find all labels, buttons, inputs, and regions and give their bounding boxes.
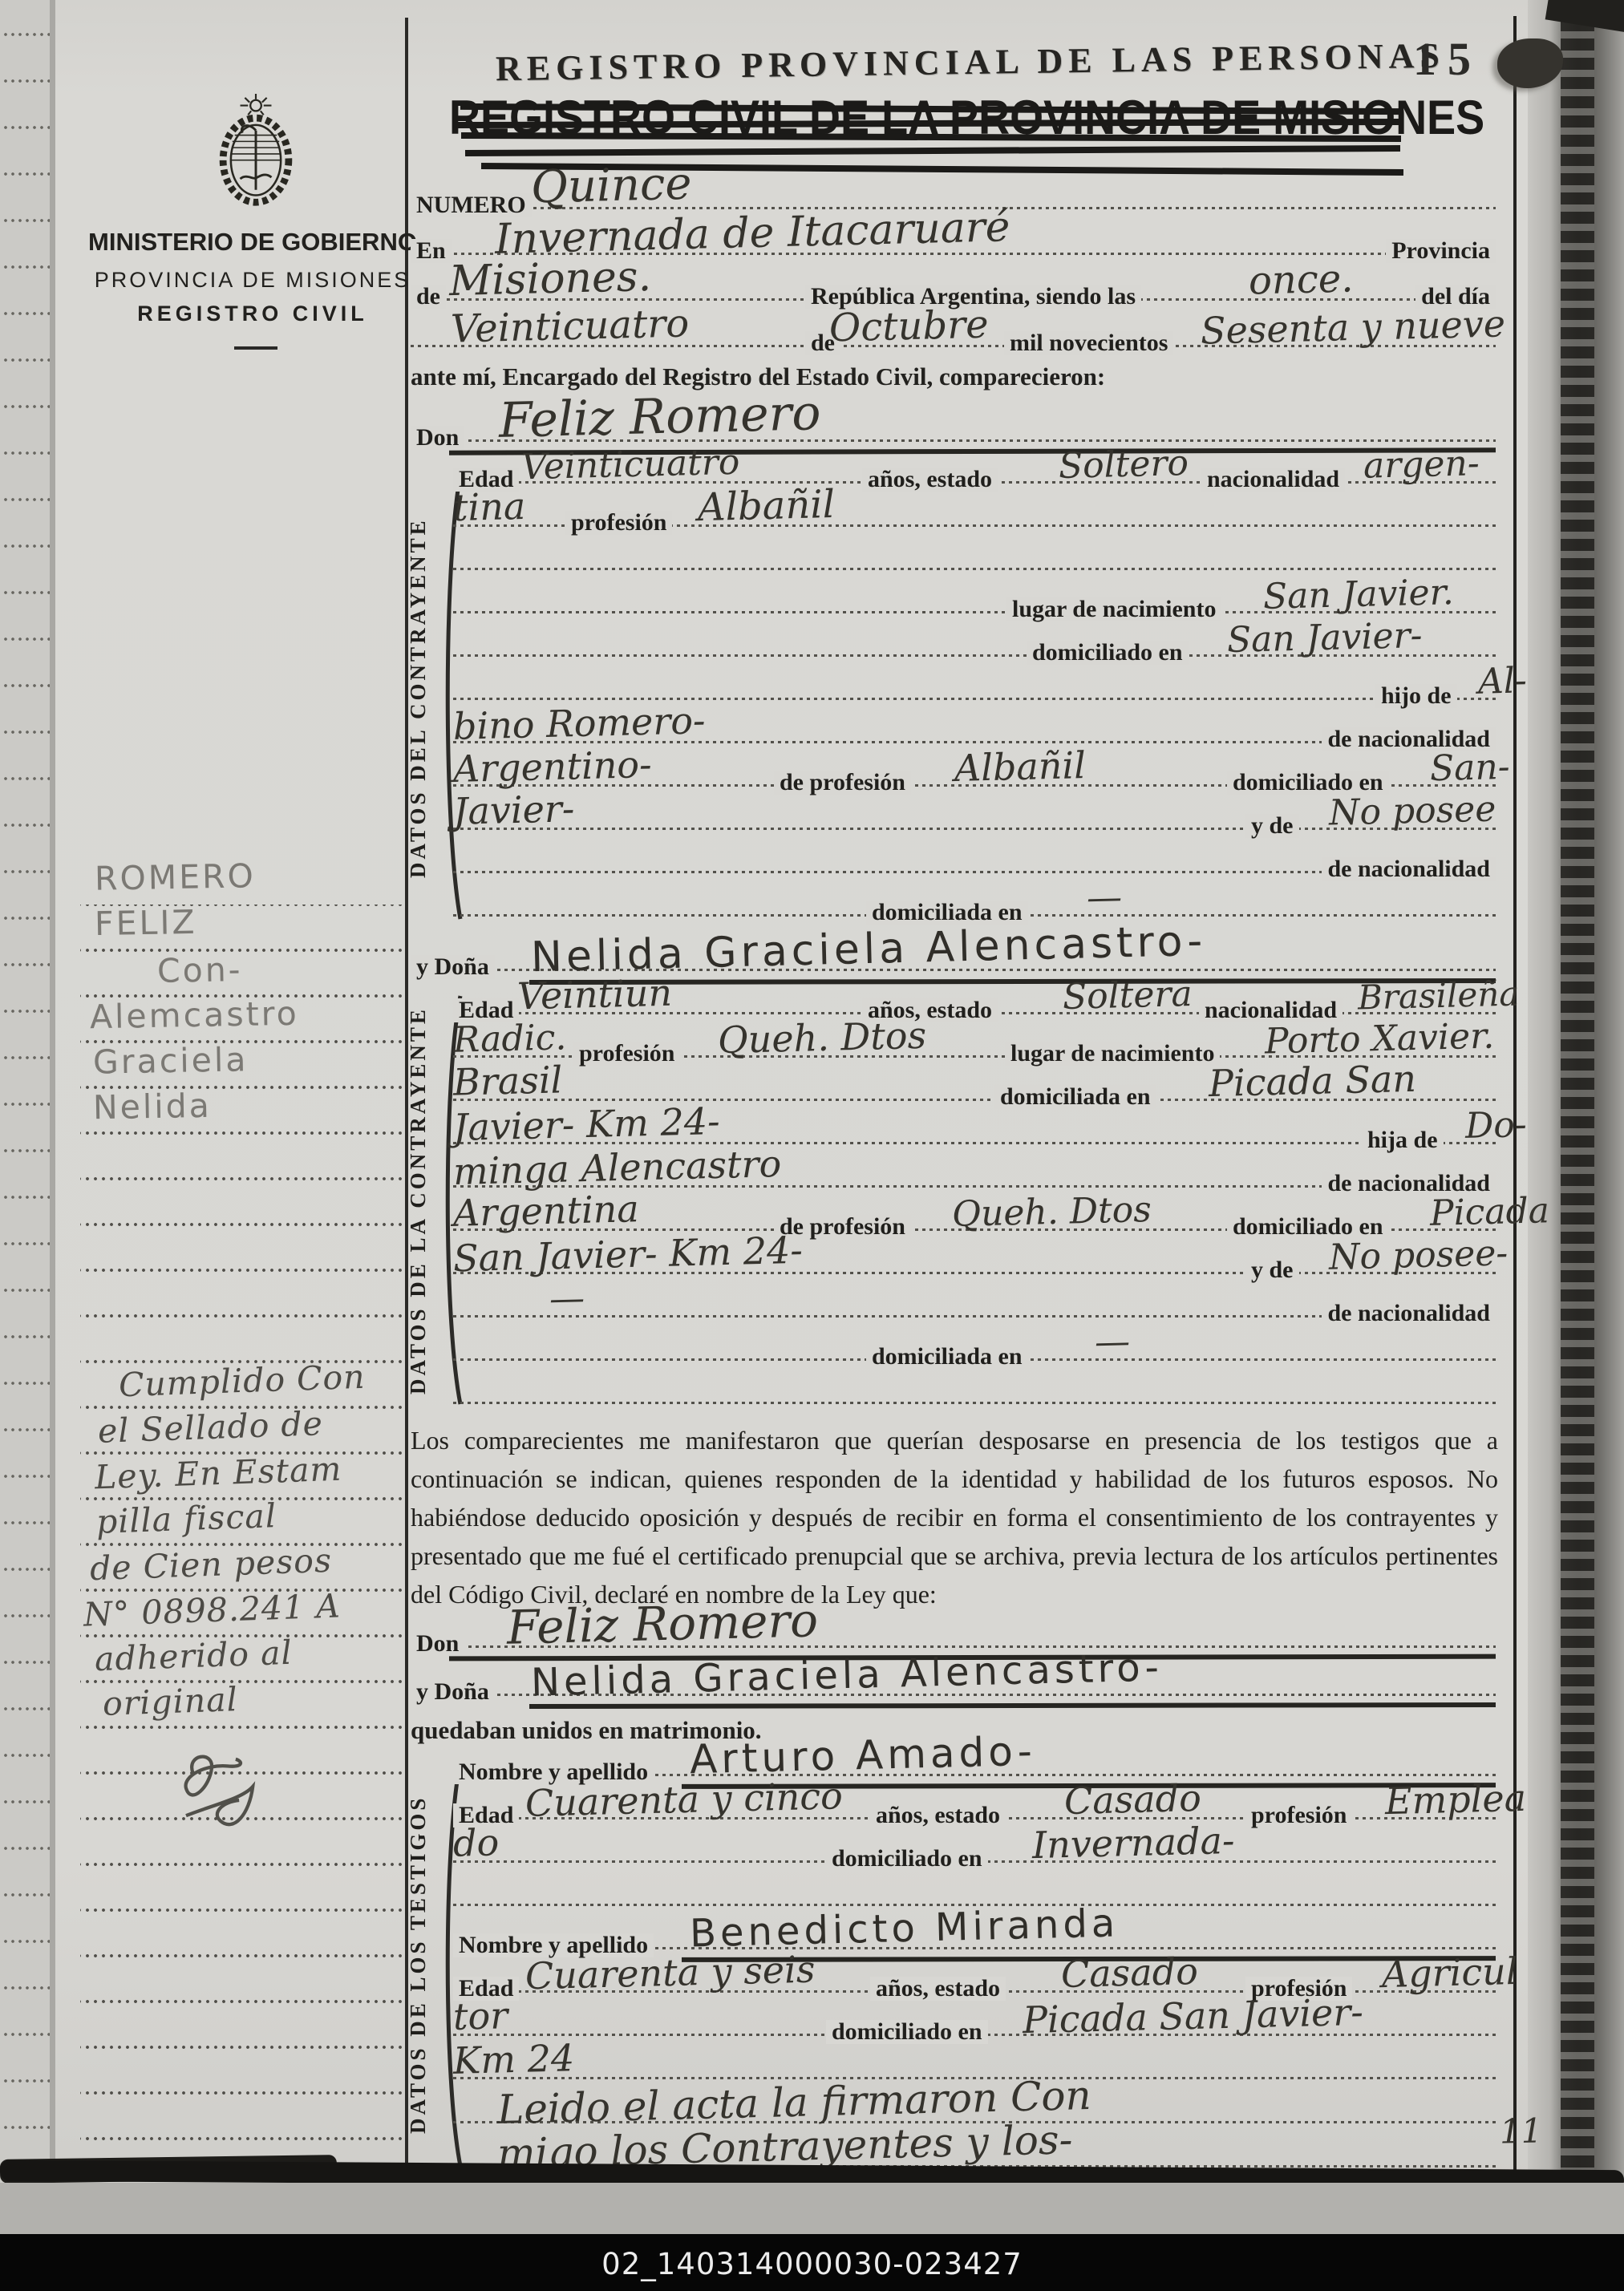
nacionalidad-label: nacionalidad — [1199, 998, 1343, 1022]
section-label-la-contrayente: DATOS DE LA CONTRAYENTE — [406, 994, 439, 1407]
hijo-de-label: hijo de — [1375, 684, 1457, 708]
scanned-civil-registry-page: MINISTERIO DE GOBIERNO PROVINCIA DE MISI… — [0, 0, 1624, 2291]
groom-nacionalidad-value: argen- — [1363, 448, 1480, 481]
row-fecha: Veinticuatro de Octubre mil novecientos … — [411, 345, 1496, 347]
margin-stamp-note-line7: adherido al — [94, 1637, 293, 1677]
bride-madre-nac: Argentina — [453, 1193, 640, 1229]
witness1-estado-value: Casado — [1064, 1783, 1202, 1817]
de-label: de — [411, 285, 446, 309]
margin-stamp-note-line5: de Cien pesos — [89, 1544, 332, 1586]
margin-index-surname: ROMERO — [95, 860, 256, 895]
anos-estado-label: años, estado — [862, 468, 998, 492]
groom-row-madre: Javier- y de No posee — [453, 828, 1496, 830]
margin-index-con: Con- — [157, 953, 243, 988]
margin-stamp-note-line3: Ley. En Estam — [94, 1453, 342, 1495]
page-number-stamp: 15 — [1413, 32, 1482, 86]
acta-month-value: Octubre — [829, 309, 989, 346]
lugar-nacimiento-label: lugar de nacimiento — [1005, 1042, 1220, 1066]
bride-madre-dom-cont: San Javier- Km 24- — [453, 1235, 804, 1275]
bride-name-value: Nelida Graciela Alencastro- — [531, 924, 1207, 976]
acta-place-value: Invernada de Itacaruaré — [495, 209, 1010, 257]
row-don-groom: Don Feliz Romero — [411, 439, 1496, 442]
margin-index-bride-middle: Graciela — [93, 1043, 249, 1079]
witness2-profesion-value: Agricul — [1382, 1956, 1518, 1990]
de-nacionalidad-label: de nacionalidad — [1322, 1301, 1496, 1326]
witness1-edad-value: Cuarenta y cinco — [525, 1780, 844, 1819]
acta-day-value: Veinticuatro — [451, 308, 690, 346]
nacionalidad-label: nacionalidad — [1201, 468, 1345, 492]
margin-index-givenname: FELIZ — [95, 906, 197, 941]
groom-row-edad: Edad Veinticuatro años, estado Soltero n… — [453, 481, 1496, 484]
bride-madre-prof: Queh. Dtos — [952, 1195, 1152, 1229]
groom-profesion-value: Albañil — [698, 488, 836, 524]
groom-padre-dom-cont: Javier- — [453, 793, 575, 828]
groom-madre-value: No posee — [1329, 794, 1496, 828]
groom-padre-value: Al- — [1478, 666, 1528, 697]
bride-domicilio-cont: Javier- Km 24- — [453, 1106, 720, 1143]
sidebar-ministry-title: MINISTERIO DE GOBIERNO — [64, 228, 441, 257]
bride-estado-value: Soltera — [1063, 979, 1193, 1012]
section-label-testigos: DATOS DE LOS TESTIGOS — [406, 1760, 439, 2169]
groom-nacionalidad-cont: tina — [453, 491, 526, 524]
section-brace — [439, 472, 464, 922]
profesion-label: profesión — [1245, 1803, 1352, 1828]
dash-value: — — [1087, 882, 1123, 913]
witness2-row-name: Nombre y apellido Benedicto Miranda — [453, 1947, 1496, 1949]
row-provincia-hora: de Misiones. República Argentina, siendo… — [411, 298, 1496, 301]
bride-madre-dom: Picada — [1430, 1196, 1550, 1228]
domiciliado-label: domiciliado en — [1027, 641, 1189, 665]
groom-domicilio-value: San Javier- — [1227, 621, 1423, 655]
bride-madre-value: Do- — [1465, 1110, 1528, 1141]
scanner-background — [0, 2183, 1624, 2234]
groom-padre-nac: Argentino- — [453, 749, 652, 785]
groom-padre-prof: Albañil — [954, 750, 1087, 784]
groom-padre-dom: San- — [1430, 751, 1510, 783]
witness1-profesion-cont: do — [453, 1827, 500, 1859]
groom-name-value: Feliz Romero — [498, 393, 821, 442]
groom-row-padre3: Argentino- de profesión Albañil domicili… — [453, 784, 1496, 787]
y-de-label: y de — [1245, 814, 1299, 838]
y-dona-label: y Doña — [411, 1680, 495, 1704]
domiciliada-label: domiciliada en — [866, 901, 1028, 925]
witness2-row-domicilio: tor domiciliado en Picada San Javier- — [453, 2034, 1496, 2036]
groom-row-padre: hijo de Al- — [453, 698, 1496, 700]
margin-stamp-note-line1: Cumplido Con — [118, 1361, 366, 1403]
margin-stamp-note-line4: pilla fiscal — [95, 1500, 277, 1539]
bride-edad-value: Veintiun — [517, 978, 673, 1013]
margin-stamp-note-line6: N° 0898.241 A — [83, 1589, 341, 1631]
bride-row-padre: San Javier- Km 24- y de No posee- — [453, 1272, 1496, 1274]
margin-index-bride-given: Nelida — [93, 1090, 213, 1125]
groom-nacimiento-value: San Javier. — [1263, 577, 1455, 612]
groom-row-nacimiento: lugar de nacimiento San Javier. — [453, 611, 1496, 613]
bride-nacimiento-value: Porto Xavier. — [1265, 1021, 1495, 1056]
acta-province-value: Misiones. — [448, 259, 651, 299]
profesion-label: profesión — [573, 1042, 680, 1066]
mil-novecientos-label: mil novecientos — [1004, 331, 1173, 355]
witness1-row-domicilio: do domiciliado en Invernada- — [453, 1860, 1496, 1863]
en-label: En — [411, 239, 452, 263]
sidebar-province-title: PROVINCIA DE MISIONES — [64, 268, 441, 293]
binding-stitch-texture — [1561, 0, 1594, 2189]
bride-row-edad: Edad Veintiun años, estado Soltera nacio… — [453, 1012, 1496, 1014]
bride-profesion-value: Queh. Dtos — [718, 1020, 927, 1056]
margin-index-bride-surname: Alemcastro — [90, 998, 299, 1034]
row-don-declaration: Don Feliz Romero — [411, 1645, 1496, 1648]
bride-domicilio-value: Picada San — [1209, 1063, 1417, 1099]
don-label: Don — [411, 426, 464, 450]
bride-nacionalidad-value: Brasileña — [1358, 980, 1520, 1013]
numero-label: NUMERO — [411, 193, 532, 217]
declaration-groom-name: Feliz Romero — [506, 1601, 818, 1648]
row-dona-bride: y Doña Nelida Graciela Alencastro- — [411, 969, 1496, 971]
empty-line — [453, 1402, 1496, 1404]
sidebar-office-title: REGISTRO CIVIL — [64, 302, 441, 326]
section-label-contrayente: DATOS DEL CONTRAYENTE — [406, 473, 439, 922]
row-dona-declaration: y Doña Nelida Graciela Alencastro- — [411, 1694, 1496, 1696]
witness2-edad-value: Cuarenta y seis — [525, 1953, 816, 1992]
de-profesion-label: de profesión — [774, 771, 911, 795]
dash-value: — — [549, 1283, 585, 1313]
witness2-name-value: Benedicto Miranda — [690, 1908, 1120, 1951]
anos-estado-label: años, estado — [870, 1977, 1006, 2001]
domiciliado-label: domiciliado en — [826, 1847, 988, 1871]
bride-padre-value: No posee- — [1329, 1238, 1509, 1273]
coat-of-arms-icon — [209, 93, 303, 210]
domiciliada-label: domiciliada en — [866, 1345, 1028, 1369]
bride-row-profesion: Radic. profesión Queh. Dtos lugar de nac… — [453, 1055, 1496, 1058]
bride-row-padre-dom: domiciliada en — — [453, 1358, 1496, 1361]
witness1-row-edad: Edad Cuarenta y cinco años, estado Casad… — [453, 1817, 1496, 1819]
footer-code-bar: 02_140314000030-023427 — [0, 2234, 1624, 2291]
lugar-nacimiento-label: lugar de nacimiento — [1006, 597, 1221, 621]
y-de-label: y de — [1245, 1258, 1299, 1282]
declaration-paragraph: Los comparecientes me manifestaron que q… — [411, 1421, 1498, 1613]
groom-edad-value: Veinticuatro — [521, 447, 740, 482]
book-fold-crease — [48, 0, 55, 2197]
bride-row-madre3: Argentina de profesión Queh. Dtos domici… — [453, 1228, 1496, 1231]
empty-line — [453, 568, 1496, 570]
groom-row-madre-nac: de nacionalidad — [453, 871, 1496, 873]
hija-de-label: hija de — [1362, 1128, 1444, 1152]
y-dona-label: y Doña — [411, 955, 495, 979]
witness2-domicilio-cont: Km 24 — [453, 2042, 575, 2077]
groom-row-profesion: tina profesión Albañil — [453, 524, 1496, 527]
domiciliado-label: domiciliado en — [1227, 1215, 1389, 1239]
witness1-profesion-value: Emplea — [1385, 1783, 1527, 1817]
margin-signature — [160, 1748, 289, 1852]
de-nacionalidad-label: de nacionalidad — [1322, 857, 1496, 881]
adjacent-page-strip — [0, 0, 50, 2189]
bride-nacionalidad-cont: Radic. — [453, 1022, 567, 1055]
don-label: Don — [411, 1632, 464, 1656]
witness2-domicilio-value: Picada San Javier- — [1023, 1997, 1364, 2036]
domiciliada-label: domiciliada en — [994, 1085, 1156, 1109]
margin-stamp-note-line2: el Sellado de — [97, 1407, 323, 1448]
witness2-estado-value: Casado — [1061, 1956, 1199, 1990]
witness1-row-name: Nombre y apellido Arturo Amado- — [453, 1774, 1496, 1776]
sidebar-divider-dash — [234, 346, 277, 350]
dash-value: — — [1095, 1326, 1131, 1357]
acta-hour-value: once. — [1249, 263, 1354, 298]
margin-stamp-note-line8: original — [102, 1683, 238, 1721]
witness1-domicilio-value: Invernada- — [1032, 1825, 1235, 1861]
acta-number-value: Quince — [530, 165, 692, 207]
bride-row-padre-nac: — de nacionalidad — [453, 1315, 1496, 1318]
bride-madre-cont: minga Alencastro — [453, 1148, 782, 1188]
groom-padre-cont: bino Romero- — [453, 705, 706, 743]
bride-row-domicilio: Brasil domiciliada en Picada San — [453, 1099, 1496, 1101]
acta-year-value: Sesenta y nueve — [1201, 308, 1506, 346]
anos-estado-label: años, estado — [870, 1803, 1006, 1828]
witness2-profesion-cont: tor — [453, 2000, 508, 2033]
domiciliado-label: domiciliado en — [826, 2020, 988, 2044]
bride-nacimiento-cont: Brasil — [453, 1064, 563, 1098]
witness1-name-value: Arturo Amado- — [690, 1734, 1037, 1776]
groom-row-domicilio: domiciliado en San Javier- — [453, 654, 1496, 657]
groom-estado-value: Soltero — [1059, 448, 1189, 481]
bride-row-madre: Javier- Km 24- hija de Do- — [453, 1142, 1496, 1144]
provincia-label: Provincia — [1386, 239, 1496, 263]
footer-code-text: 02_140314000030-023427 — [0, 2247, 1624, 2281]
page-right-edge-line — [1513, 16, 1517, 2181]
groom-row-madre-dom: domiciliada en — — [453, 914, 1496, 917]
profesion-label: profesión — [565, 511, 672, 535]
